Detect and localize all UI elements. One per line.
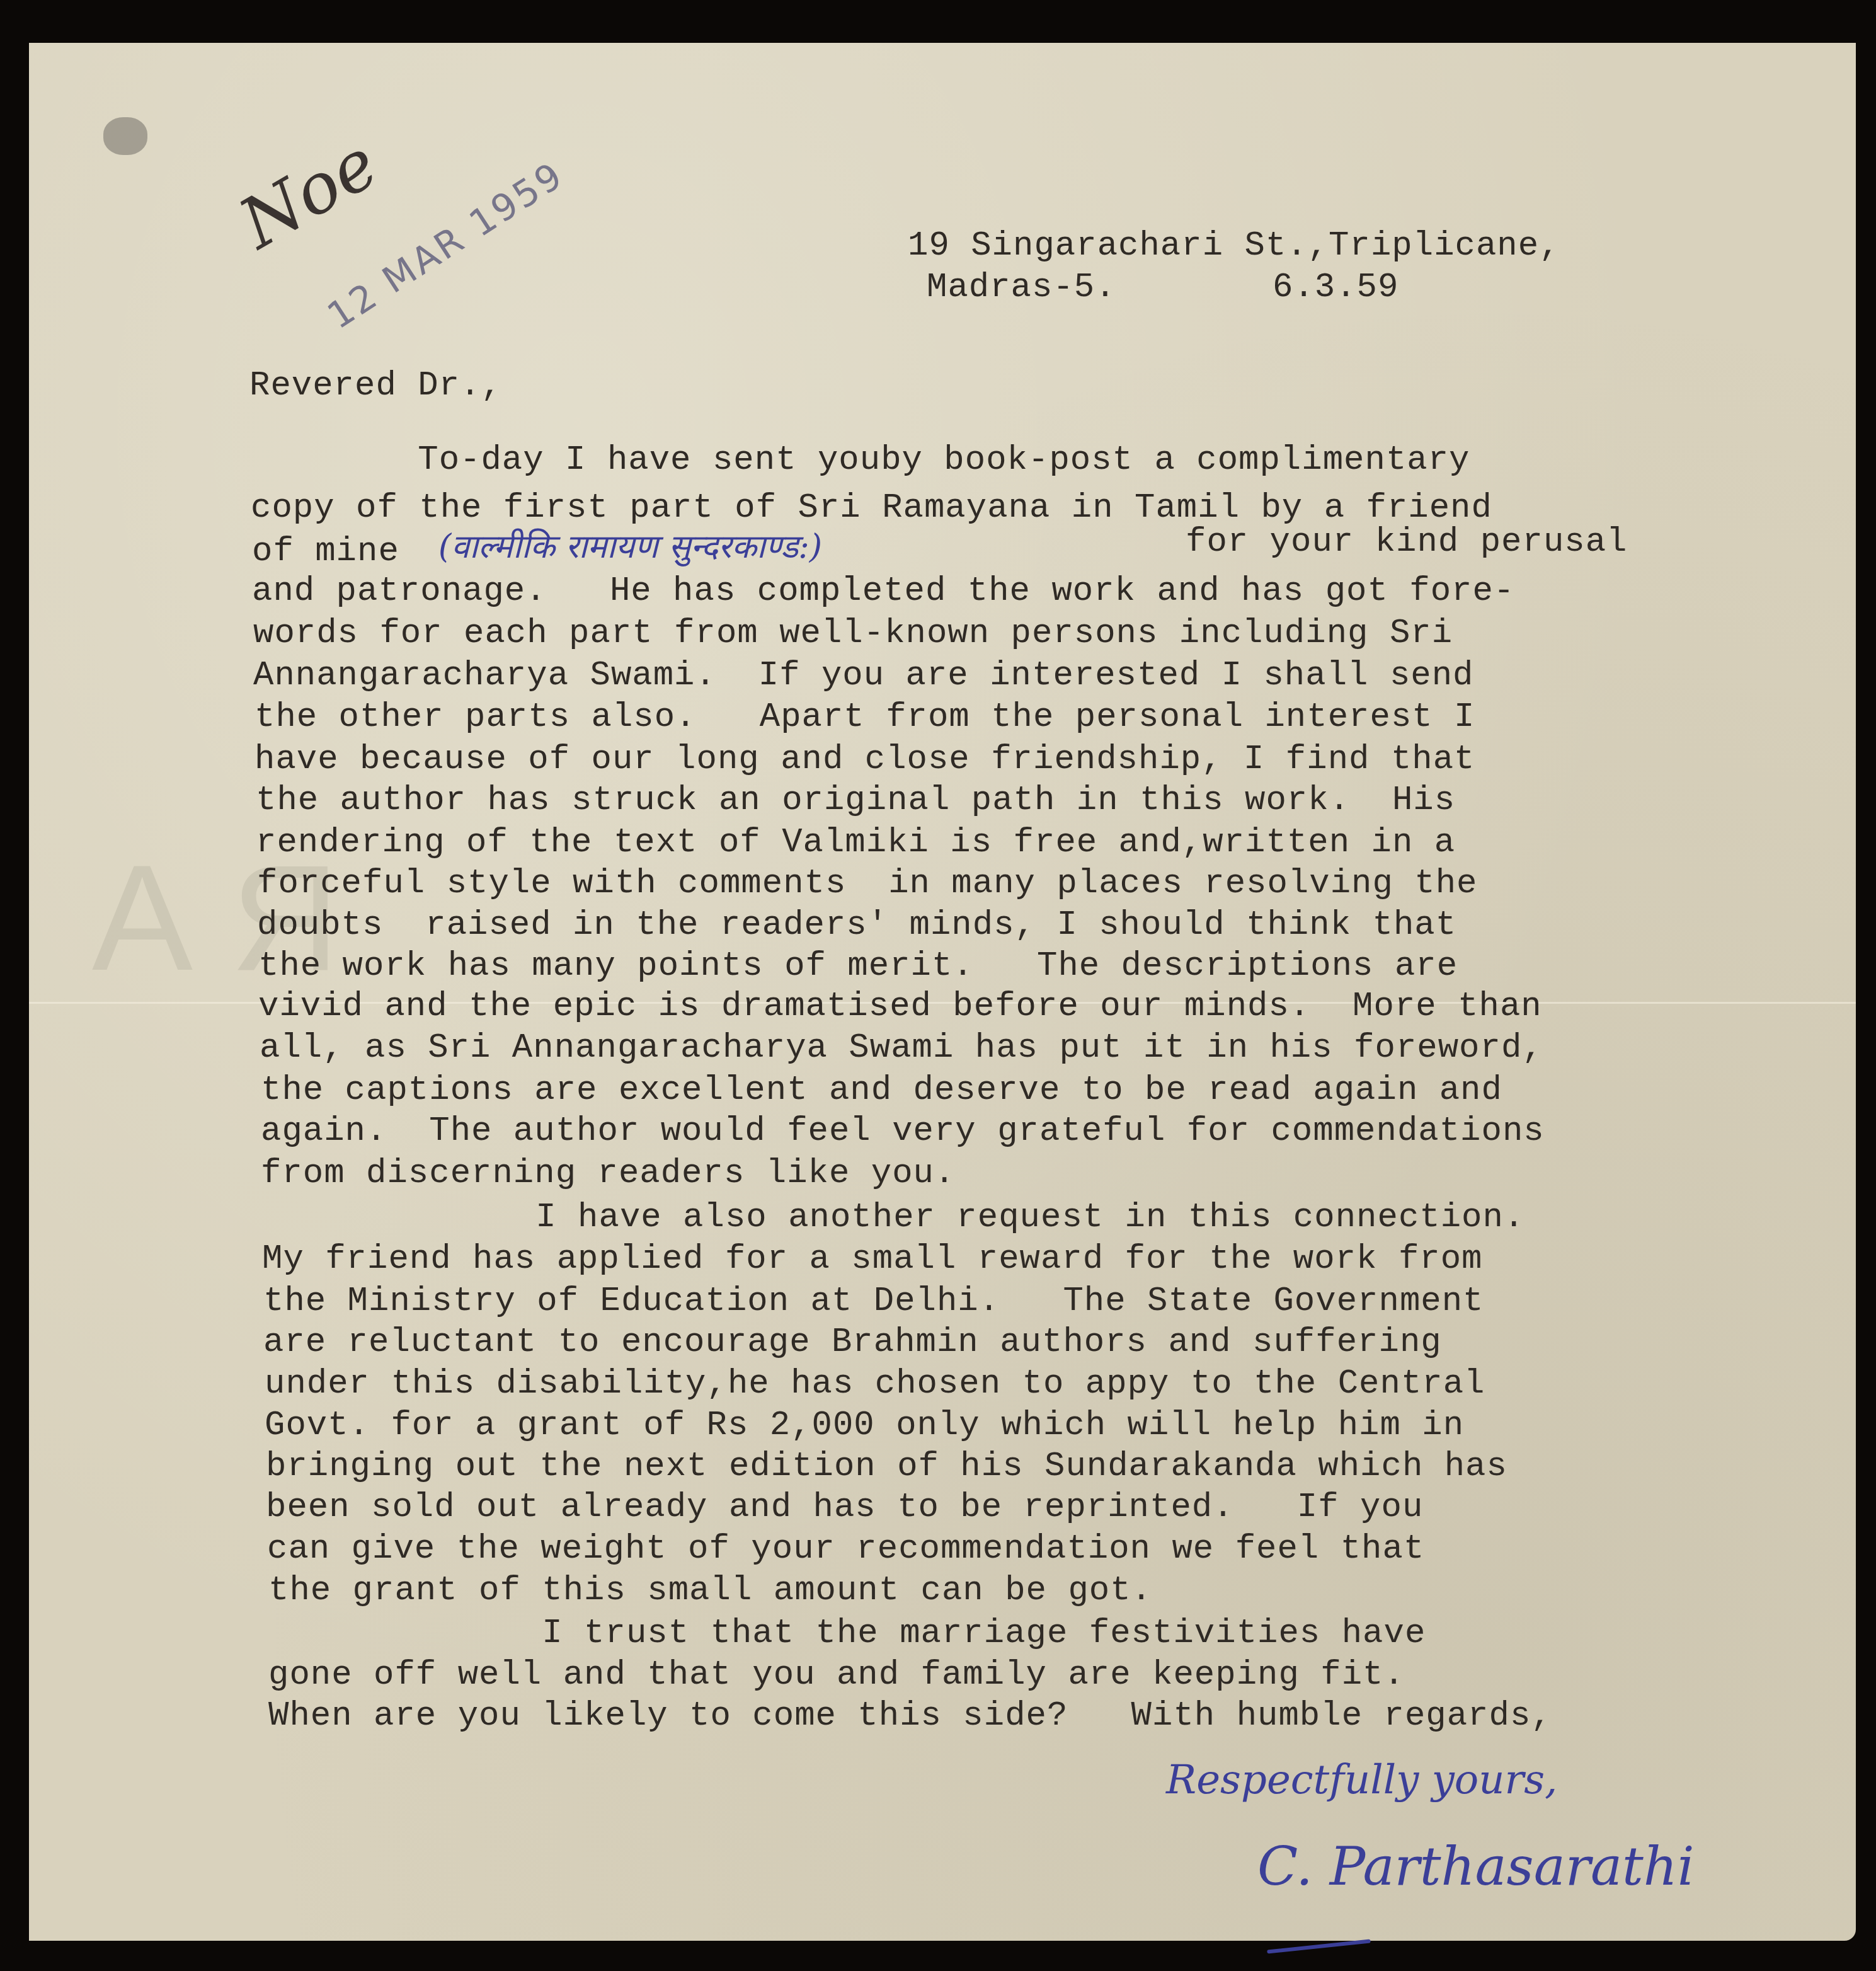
body-line: bringing out the next edition of his Sun… [266,1446,1507,1488]
body-line: have because of our long and close frien… [255,739,1475,781]
body-line: words for each part from well-known pers… [253,613,1453,655]
signature-underline [1267,1939,1371,1953]
body-line: doubts raised in the readers' minds, I s… [257,905,1456,946]
body-line: To-day I have sent youby book-post a com… [249,440,1470,481]
handwritten-sanskrit-insert: (वाल्मीकि रामायण सुन्दरकाण्ड:) [438,523,822,568]
body-line: from discerning readers like you. [261,1153,955,1195]
body-line: the grant of this small amount can be go… [268,1570,1152,1612]
body-line: the author has struck an original path i… [256,780,1455,822]
body-line: vivid and the epic is dramatised before … [258,986,1542,1028]
body-line: can give the weight of your recommendati… [267,1529,1424,1570]
body-line: and patronage. He has completed the work… [252,571,1514,612]
body-line: the work has many points of merit. The d… [258,946,1458,987]
body-line: all, as Sri Annangaracharya Swami has pu… [260,1028,1543,1069]
body-line: I have also another request in this conn… [262,1197,1524,1239]
body-line: My friend has applied for a small reward… [262,1239,1483,1280]
marginal-handwritten-note: Noe [226,123,391,265]
body-line: Annangaracharya Swami. If you are intere… [253,655,1474,697]
body-line: the other parts also. Apart from the per… [255,697,1475,738]
body-line: When are you likely to come this side? W… [268,1696,1552,1737]
body-line: gone off well and that you and family ar… [268,1655,1405,1696]
body-line: under this disability,he has chosen to a… [265,1364,1485,1405]
letter-date: 6.3.59 [1273,267,1398,309]
closing-handwritten: Respectfully yours, [1166,1757,1557,1803]
body-line: the captions are excellent and deserve t… [261,1070,1502,1112]
body-line: Govt. for a grant of Rs 2,000 only which… [265,1405,1464,1447]
signature: C. Parthasarathi [1257,1836,1695,1897]
body-line: forceful style with comments in many pla… [257,863,1478,905]
body-line: again. The author would feel very gratef… [261,1111,1545,1152]
letter-paper: RA Noe 12 MAR 1959 19 Singarachari St.,T… [29,43,1856,1941]
address-place: Madras-5. [927,267,1116,309]
body-line: rendering of the text of Valmiki is free… [256,822,1455,864]
salutation: Revered Dr., [249,365,502,407]
body-line: the Ministry of Education at Delhi. The … [263,1281,1484,1323]
body-line-suffix: for your kind perusal [1186,522,1628,563]
body-line: been sold out already and has to be repr… [266,1487,1423,1529]
body-line: I trust that the marriage festivities ha… [268,1613,1426,1655]
body-line: of mine [252,531,399,573]
address-line-1: 19 Singarachari St.,Triplicane, [908,226,1560,267]
ink-smudge [103,117,147,155]
body-line: are reluctant to encourage Brahmin autho… [263,1322,1442,1364]
